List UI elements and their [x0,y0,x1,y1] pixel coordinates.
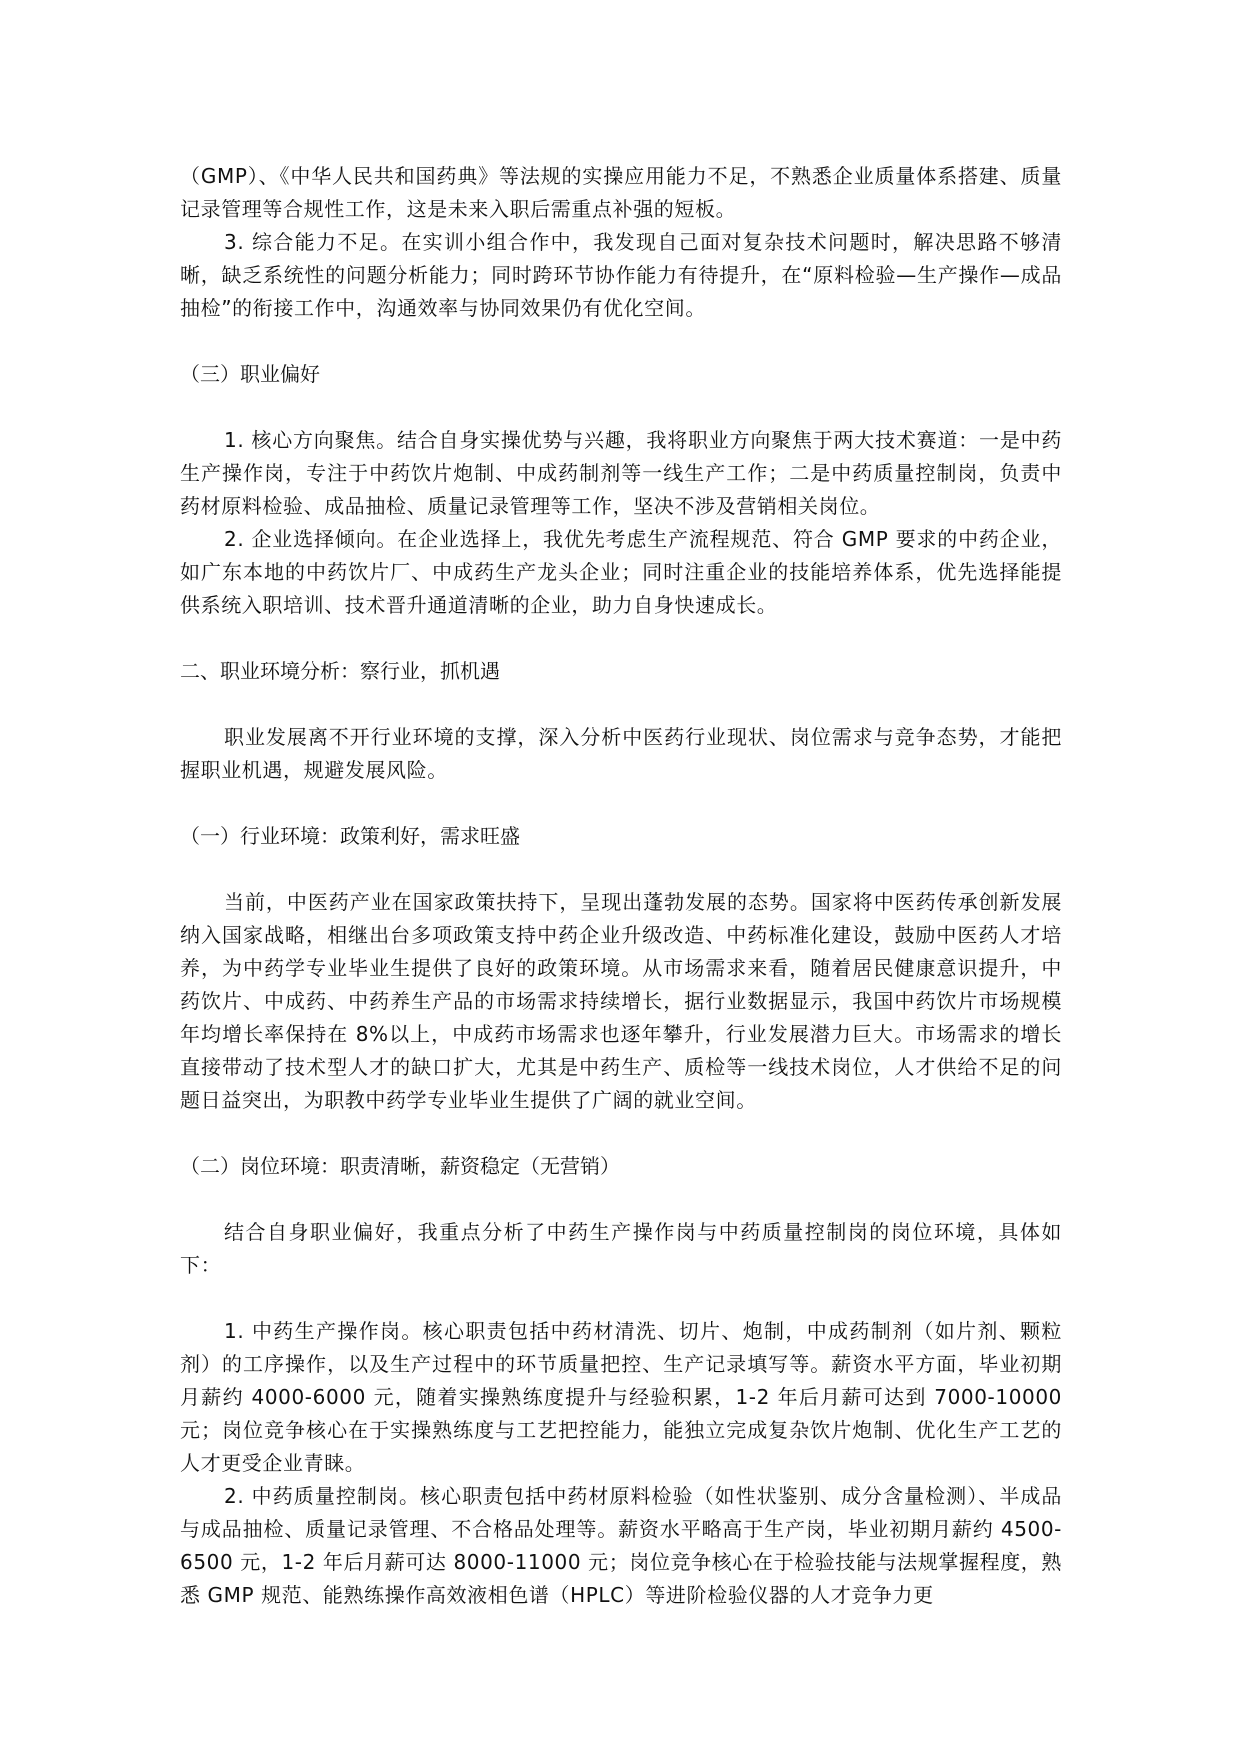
spacer [180,325,1062,358]
spacer [180,853,1062,886]
paragraph-quality-control-position: 2. 中药质量控制岗。核心职责包括中药材原料检验（如性状鉴别、成分含量检测）、半… [180,1480,1062,1612]
spacer [180,1117,1062,1150]
heading-career-preference: （三）职业偏好 [180,358,1062,391]
paragraph-core-direction: 1. 核心方向聚焦。结合自身实操优势与兴趣，我将职业方向聚焦于两大技术赛道：一是… [180,424,1062,523]
heading-career-environment: 二、职业环境分析：察行业，抓机遇 [180,655,1062,688]
spacer [180,787,1062,820]
paragraph-environment-intro: 职业发展离不开行业环境的支撑，深入分析中医药行业现状、岗位需求与竞争态势，才能把… [180,721,1062,787]
spacer [180,622,1062,655]
paragraph-industry-environment: 当前，中医药产业在国家政策扶持下，呈现出蓬勃发展的态势。国家将中医药传承创新发展… [180,886,1062,1117]
paragraph-production-position: 1. 中药生产操作岗。核心职责包括中药材清洗、切片、炮制，中成药制剂（如片剂、颗… [180,1315,1062,1480]
paragraph-gmp-regulations: （GMP）、《中华人民共和国药典》等法规的实操应用能力不足，不熟悉企业质量体系搭… [180,160,1062,226]
spacer [180,688,1062,721]
paragraph-comprehensive-ability: 3. 综合能力不足。在实训小组合作中，我发现自己面对复杂技术问题时，解决思路不够… [180,226,1062,325]
heading-industry-environment: （一）行业环境：政策利好，需求旺盛 [180,820,1062,853]
spacer [180,1282,1062,1315]
spacer [180,1183,1062,1216]
heading-position-environment: （二）岗位环境：职责清晰，薪资稳定（无营销） [180,1150,1062,1183]
spacer [180,391,1062,424]
paragraph-enterprise-choice: 2. 企业选择倾向。在企业选择上，我优先考虑生产流程规范、符合 GMP 要求的中… [180,523,1062,622]
document-page: （GMP）、《中华人民共和国药典》等法规的实操应用能力不足，不熟悉企业质量体系搭… [180,160,1062,1612]
paragraph-position-intro: 结合自身职业偏好，我重点分析了中药生产操作岗与中药质量控制岗的岗位环境，具体如下… [180,1216,1062,1282]
